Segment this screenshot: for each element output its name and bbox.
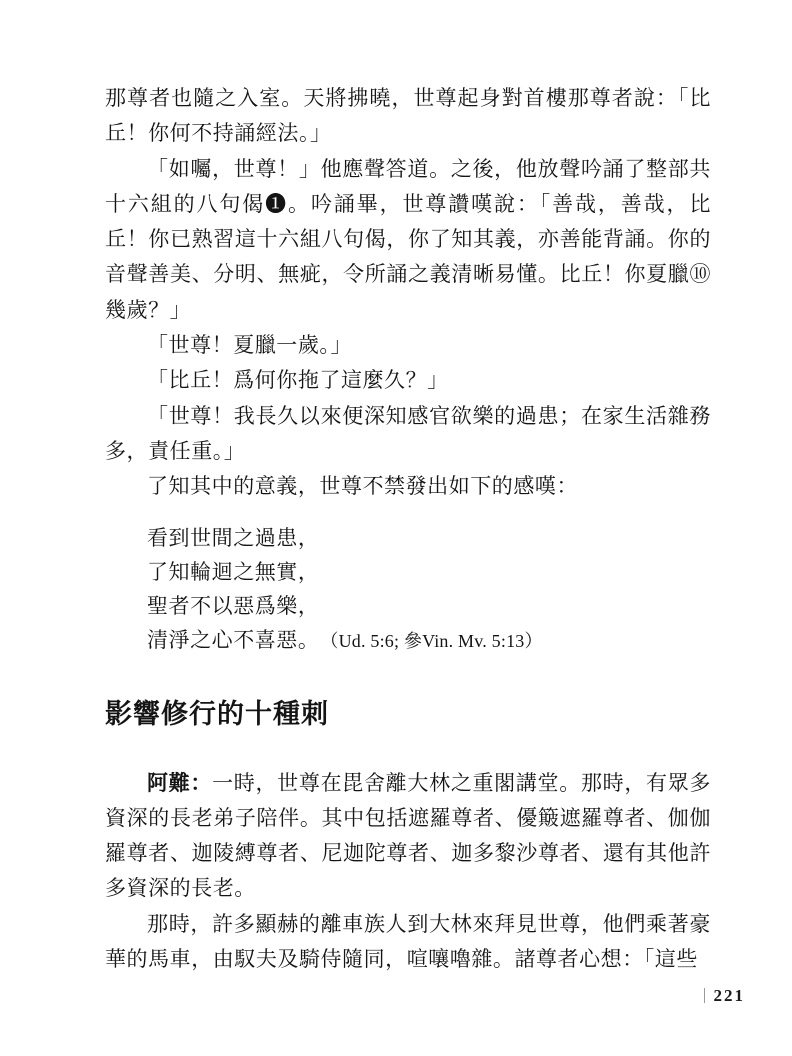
paragraph: 「如囑，世尊！」他應聲答道。之後，他放聲吟誦了整部共十六組的八句偈❶。吟誦畢，世… — [105, 152, 711, 328]
paragraph: 「世尊！我長久以來便深知感官欲樂的過患；在家生活雜務多，責任重。」 — [105, 399, 711, 470]
verse-block: 看到世間之過患， 了知輪迴之無實， 聖者不以惡爲樂， 清淨之心不喜惡。（Ud. … — [105, 521, 711, 658]
book-page: 那尊者也隨之入室。天將拂曉，世尊起身對首樓那尊者說：「比丘！你何不持誦經法。」 … — [0, 0, 792, 1056]
scripture-citation: （Ud. 5:6; 參Vin. Mv. 5:13） — [329, 631, 542, 651]
paragraph: 「世尊！夏臘一歲。」 — [105, 328, 711, 363]
page-number: 221 — [714, 986, 746, 1005]
footer-divider — [704, 988, 705, 1003]
speaker-label: 阿難： — [147, 771, 212, 795]
paragraph: 那時，許多顯赫的離車族人到大林來拜見世尊，他們乘著豪華的馬車，由馭夫及騎侍隨同，… — [105, 907, 711, 978]
page-footer: 221 — [105, 986, 745, 1006]
text-block: 那尊者也隨之入室。天將拂曉，世尊起身對首樓那尊者說：「比丘！你何不持誦經法。」 … — [105, 81, 711, 977]
verse-line: 看到世間之過患， — [147, 521, 711, 555]
paragraph: 那尊者也隨之入室。天將拂曉，世尊起身對首樓那尊者說：「比丘！你何不持誦經法。」 — [105, 81, 711, 152]
verse-line: 了知輪迴之無實， — [147, 555, 711, 589]
verse-line: 清淨之心不喜惡。（Ud. 5:6; 參Vin. Mv. 5:13） — [147, 623, 711, 658]
paragraph: 了知其中的意義，世尊不禁發出如下的感嘆： — [105, 469, 711, 504]
section-heading: 影響修行的十種刺 — [105, 694, 711, 734]
paragraph: 阿難：一時，世尊在毘舍離大林之重閣講堂。那時，有眾多資深的長老弟子陪伴。其中包括… — [105, 766, 711, 907]
verse-line-text: 清淨之心不喜惡。 — [147, 628, 319, 652]
paragraph: 「比丘！爲何你拖了這麼久？」 — [105, 363, 711, 398]
verse-line: 聖者不以惡爲樂， — [147, 589, 711, 623]
